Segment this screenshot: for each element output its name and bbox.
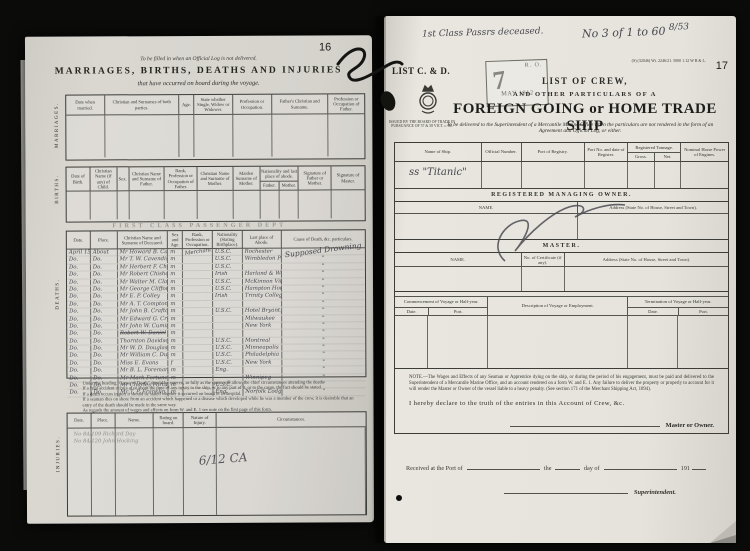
superintendent-blank <box>504 486 628 494</box>
death-rank <box>183 264 213 271</box>
death-abode <box>243 300 282 307</box>
death-place: Do. <box>91 331 118 338</box>
owner-address-label: Address (State No. of House, Street and … <box>578 202 728 213</box>
deaths-side-label: DEATHS. <box>55 264 60 324</box>
death-rank <box>184 352 214 359</box>
births-header-cell: Signature of Father or Mother. <box>299 166 332 190</box>
crew-form-box: Name of Ship. Official Number. Port of R… <box>394 142 729 434</box>
ship-value-row: ss "Titanic" <box>395 162 728 189</box>
injuries-pencil-note: No 84/120 John Hocking <box>74 438 139 445</box>
death-rank <box>183 338 213 345</box>
death-cause: " <box>282 337 365 344</box>
death-cause: " <box>282 315 365 322</box>
injuries-header-cell: Nature of Injury. <box>184 413 217 428</box>
death-date: Do. <box>67 353 91 360</box>
death-place: Do. <box>91 301 118 308</box>
death-rank <box>183 286 213 293</box>
death-sex: m <box>168 286 183 292</box>
death-date: Do. <box>67 272 91 279</box>
form-reference: (S) (32046) Wt. 2246/21. 5000 1.12 W B &… <box>632 58 706 63</box>
death-sex: m <box>169 330 184 336</box>
death-abode: McKinnon Villa <box>243 278 282 285</box>
right-page-number: 17 <box>716 60 728 72</box>
master-blank-row <box>395 267 728 292</box>
death-abode: New York <box>243 360 282 367</box>
voyage-description-header: Description of Voyage or Employment. <box>488 297 628 315</box>
death-name: Mr E. P. Colley <box>118 293 169 300</box>
death-cause: " <box>281 270 364 277</box>
death-date: Do. <box>67 316 91 323</box>
death-date: Do. <box>67 301 91 308</box>
ship-header-official-number: Official Number. <box>482 143 522 161</box>
received-year-blank <box>692 462 706 470</box>
death-rank <box>183 308 213 315</box>
received-month-blank <box>604 462 677 470</box>
death-sex: m <box>169 338 184 344</box>
injuries-header-cell: Place. <box>91 413 115 428</box>
ship-name-value: ss "Titanic" <box>395 162 482 188</box>
received-port-blank <box>467 462 540 470</box>
death-place: Do. <box>91 272 118 279</box>
received-the: the <box>544 465 552 472</box>
births-header-cell: Christian Name and Surname of Mother. <box>198 167 234 191</box>
death-cause: " <box>282 330 365 337</box>
death-cause: " <box>282 293 365 300</box>
ship-header-tonnage: Registered Tonnage. Gross. Net. <box>628 143 681 161</box>
marriages-header-cell: Age. <box>179 95 194 115</box>
left-page: 16 To be filled in when an Official Log … <box>25 35 374 524</box>
death-name: Mr Herbert F. Chaffee <box>118 264 169 271</box>
annotation-deceased: 1st Class Passrs deceased. <box>422 26 544 39</box>
death-place: Do. <box>91 264 118 271</box>
tonnage-gross: Gross. <box>628 153 655 161</box>
death-date: Do. <box>67 257 91 264</box>
death-sex: m <box>168 264 183 270</box>
scanned-document-photo: 16 To be filled in when an Official Log … <box>0 0 750 551</box>
annotation-fraction: 8/53 <box>669 22 690 33</box>
death-sex: m <box>168 256 183 262</box>
death-rank <box>183 323 213 330</box>
death-sex: m <box>168 323 183 329</box>
deaths-header-cell: Sex and Age. <box>168 231 183 249</box>
marriages-table: Date when married.Christian and Surnames… <box>65 93 365 160</box>
deaths-table: Date.Place.Christian Name and Surname of… <box>66 229 367 378</box>
marriages-header-cell: Christian and Surnames of both parties. <box>105 95 180 115</box>
death-name: Mr W. D. Douglas <box>118 345 169 352</box>
voyage-termination-header: Termination of Voyage or Half-year. Date… <box>628 297 728 315</box>
death-cause: " <box>282 300 365 307</box>
death-place: Do. <box>91 360 118 367</box>
owner-name-label: NAME. <box>395 202 578 213</box>
death-nationality: U.S.C. <box>213 360 243 367</box>
ship-table-header: Name of Ship. Official Number. Port of R… <box>395 143 728 162</box>
binding-gutter-shadow <box>372 16 386 543</box>
death-cause: " <box>282 352 365 359</box>
master-section-title: MASTER. <box>395 239 728 253</box>
death-nationality: U.S.C. <box>213 286 243 293</box>
death-abode: Wimbledon Park — <box>243 256 282 263</box>
death-rank <box>184 367 214 374</box>
voyage-commencement-header: Commencement of Voyage or Half-year. Dat… <box>395 297 488 315</box>
births-header-cell: Sex. <box>117 167 129 191</box>
marriages-header-cell: Profession or Occupation of Father. <box>328 94 364 114</box>
death-sex: m <box>169 345 184 351</box>
deaths-header-cell: Christian Name and Surname of Deceased. <box>117 231 168 250</box>
death-date: Do. <box>67 286 91 293</box>
death-name: Mr John B. Crafton <box>118 308 169 315</box>
ship-header-name: Name of Ship. <box>395 143 482 161</box>
births-nationality-header: Nationality and last place of abode. Fat… <box>260 167 299 191</box>
declaration-text: I hereby declare to the truth of the ent… <box>409 400 714 407</box>
death-place: Do. <box>91 257 118 264</box>
death-place: Do. <box>91 286 118 293</box>
death-name: Thornton Davidson <box>118 338 169 345</box>
marriages-side-label: MARRIAGES. <box>55 95 60 155</box>
death-name: Mr Robert Chisholm <box>118 271 169 278</box>
death-sex: m <box>169 367 184 373</box>
death-nationality <box>213 330 243 337</box>
death-nationality: U.S.C. <box>213 249 243 257</box>
marriages-header-cell: Date when married. <box>66 95 105 115</box>
death-rank <box>183 345 213 352</box>
death-abode: Hotel Bryant, N.Y. <box>243 308 282 315</box>
injuries-header-cell: Rating on board. <box>154 413 184 428</box>
death-date: Do. <box>67 323 91 330</box>
death-nationality <box>213 315 243 322</box>
death-sex: m <box>168 308 183 314</box>
death-date: Do. <box>67 309 91 316</box>
master-label-row: NAME. No. of Certificate (if any). Addre… <box>395 253 728 267</box>
death-rank <box>183 279 213 286</box>
death-rank <box>183 293 213 300</box>
death-rank <box>184 360 214 367</box>
received-day-of: day of <box>584 465 600 472</box>
ship-header-register: Port No. and date of Register. <box>585 143 628 161</box>
death-nationality: U.S.C. <box>213 264 243 271</box>
death-cause: " <box>281 263 364 270</box>
death-rank <box>183 330 213 337</box>
death-place: Do. <box>91 316 118 323</box>
death-cause: " <box>282 322 365 329</box>
death-cause: " <box>282 344 365 351</box>
death-cause: " <box>282 307 365 314</box>
births-header-cell: Date of Birth. <box>67 167 91 191</box>
voyage-date-label: Date. <box>395 308 429 315</box>
death-name: Miss E. Evans <box>118 360 169 367</box>
owner-label-row: NAME. Address (State No. of House, Stree… <box>395 202 728 214</box>
deaths-rows: April 15th About Mr Howard B. Case m Mer… <box>67 248 366 397</box>
marriages-header-cell: State whether Single, Widow or Widower. <box>194 95 233 115</box>
death-abode: Trinity College, Dublin <box>243 293 282 300</box>
left-page-title: MARRIAGES, BIRTHS, DEATHS AND INJURIES <box>25 65 372 77</box>
death-rank: Merchant <box>183 249 213 257</box>
marriages-header-cell: Profession or Occupation. <box>233 95 272 115</box>
injuries-pencil-note: No 84/109 Richard Day <box>74 431 139 438</box>
death-nationality: U.S.C. <box>213 278 243 285</box>
injuries-header-cell: Circumstances. <box>217 412 366 428</box>
death-sex: m <box>168 271 183 277</box>
death-rank <box>183 256 213 263</box>
births-header-cell: Christian Name and Surname of Father. <box>129 167 165 191</box>
right-page: 1st Class Passrs deceased. No 3 of 1 to … <box>384 16 736 543</box>
death-date: April 15th <box>67 249 91 257</box>
death-nationality: Irish <box>213 293 243 300</box>
deaths-header-cell: Rank, Profession or Occupation. <box>183 231 213 249</box>
tonnage-net: Net. <box>655 153 681 161</box>
death-cause: " <box>282 359 365 366</box>
death-date: Do. <box>67 368 91 375</box>
death-abode: Montreal <box>243 337 282 344</box>
voyage-empty-body <box>395 316 728 369</box>
death-date: Do. <box>67 338 91 345</box>
death-name: Robert W. Daniel <box>118 330 169 337</box>
death-date: Do. <box>67 360 91 367</box>
death-place: About <box>91 249 118 257</box>
death-sex: f <box>169 360 184 366</box>
signature-line-row: Master or Owner. <box>409 419 714 429</box>
death-date: Do. <box>67 279 91 286</box>
death-abode: Minneapolis <box>243 345 282 352</box>
death-sex: m <box>168 301 183 307</box>
received-year: 191 <box>681 465 690 472</box>
death-place: Do. <box>91 279 118 286</box>
death-place: Do. <box>91 294 118 301</box>
death-name: Mr Walter M. Clark <box>118 279 169 286</box>
ship-header-horse-power: Nominal Horse Power of Engines. <box>681 143 728 161</box>
master-or-owner-label: Master or Owner. <box>666 422 714 429</box>
fill-in-instruction: To be filled in when an Official Log is … <box>25 56 372 63</box>
master-address-label: Address (State No. of House, Street and … <box>565 253 728 266</box>
note-area: NOTE.—The Wages and Effects of any Seama… <box>395 369 728 429</box>
death-abode <box>243 367 282 374</box>
voyage-table-header: Commencement of Voyage or Half-year. Dat… <box>395 296 728 316</box>
death-name: Mr George Clifford <box>118 286 169 293</box>
death-sex: m <box>168 316 183 322</box>
annotation-number: No 3 of 1 to 60 8/53 <box>582 22 690 40</box>
owner-section-title: REGISTERED MANAGING OWNER. <box>395 189 728 202</box>
deaths-header-cell: Place. <box>91 231 118 249</box>
death-nationality <box>213 323 243 330</box>
board-of-trade-crest-icon <box>414 82 442 118</box>
deaths-header-cell: Nationality (Stating Birthplace). <box>213 231 243 249</box>
deaths-header-cell: Last place of Abode. <box>243 231 282 249</box>
injuries-side-label: INJURIES. <box>56 424 61 484</box>
wages-note: NOTE.—The Wages and Effects of any Seama… <box>409 375 714 392</box>
death-abode <box>243 330 282 337</box>
death-nationality: U.S.C. <box>213 352 243 359</box>
death-abode <box>243 263 282 270</box>
death-abode: Milwaukee <box>243 315 282 322</box>
death-sex: m <box>168 279 183 285</box>
deaths-footnotes: Under the heading "Cause of Death" shoul… <box>82 379 361 413</box>
delivery-instruction: To be delivered to the Superintendent of… <box>439 122 721 135</box>
death-place: Do. <box>91 308 118 315</box>
death-sex: m <box>169 353 184 359</box>
punch-hole <box>396 495 402 501</box>
death-place: Do. <box>91 345 118 352</box>
death-name: Mr A. T. Compton <box>118 301 169 308</box>
death-sex: m <box>168 249 183 256</box>
death-nationality: U.S.C. <box>213 345 243 352</box>
death-abode: Philadelphia <box>243 352 282 359</box>
list-cd-label: LIST C. & D. <box>392 66 450 76</box>
signature-line <box>510 419 660 427</box>
death-nationality: U.S.C. <box>213 308 243 315</box>
births-header-cell: Rank, Profession or Occupation of Father… <box>165 167 198 191</box>
death-date: Do. <box>67 264 91 271</box>
death-cause: " <box>282 285 365 292</box>
death-nationality: Eng. <box>213 367 243 374</box>
death-rank <box>183 271 213 278</box>
death-nationality: Irish <box>213 271 243 278</box>
deaths-header-cell: Date. <box>67 231 91 249</box>
births-table: Date of Birth. Christian Name (if any) o… <box>66 165 366 222</box>
marriages-empty-body <box>66 114 364 157</box>
superintendent-line: Superintendent. <box>504 486 676 496</box>
master-cert-label: No. of Certificate (if any). <box>522 253 565 266</box>
title-other-particulars: AND OTHER PARTICULARS OF A <box>454 91 716 98</box>
births-sub-mother: Mother. <box>280 182 298 190</box>
marriages-header-cell: Father's Christian and Surname. <box>272 94 329 114</box>
voyage-port-label: Port. <box>679 308 728 315</box>
death-place: Do. <box>91 353 118 360</box>
death-sex: m <box>168 293 183 299</box>
births-empty-body <box>67 190 365 219</box>
death-date: Do. <box>67 331 91 338</box>
death-date: Do. <box>67 294 91 301</box>
death-abode: New York <box>243 323 282 330</box>
death-name: Mr William C. Dulles <box>118 353 169 360</box>
left-page-subtitle: that have occurred on board during the v… <box>25 79 372 88</box>
superintendent-label: Superintendent. <box>634 489 676 496</box>
received-prefix: Received at the Port of <box>406 465 463 472</box>
death-date: Do. <box>67 346 91 353</box>
ship-header-port: Port of Registry. <box>522 143 585 161</box>
received-line: Received at the Port of the day of 191 <box>406 462 706 472</box>
left-page-number: 16 <box>319 41 331 53</box>
death-cause: " <box>282 367 365 374</box>
death-place: Do. <box>91 323 118 330</box>
received-day-blank <box>555 462 579 470</box>
death-abode: Harland & Wolff, Belfast <box>243 271 282 278</box>
death-place: Do. <box>91 338 118 345</box>
death-nationality: U.S.C. <box>213 256 243 263</box>
death-rank <box>183 301 213 308</box>
births-header-cell: Christian Name (if any) of Child. <box>90 167 117 191</box>
death-cause: " <box>282 278 365 285</box>
death-nationality <box>213 301 243 308</box>
injuries-body: No 84/109 Richard DayNo 84/120 John Hock… <box>68 427 366 515</box>
death-nationality: U.S.C. <box>213 337 243 344</box>
death-name: Mr T. W. Cavendish <box>118 257 169 264</box>
births-header-cell: Signature of Master. <box>332 166 365 190</box>
death-name: Mr B. L. Foreman <box>118 367 169 374</box>
births-sub-father: Father. <box>260 182 279 190</box>
injuries-table: Date.Place.Name.Rating on board.Nature o… <box>67 411 367 516</box>
voyage-date-label: Date. <box>628 308 679 315</box>
death-name: Mr Edward G. Crosby <box>118 316 169 323</box>
folded-corner <box>710 521 736 543</box>
owner-blank-row <box>395 214 728 239</box>
births-header-cell: Maiden Surname of Mother. <box>233 167 260 191</box>
title-list-of-crew: LIST OF CREW, <box>454 76 716 86</box>
injuries-header-cell: Name. <box>115 413 154 428</box>
death-rank <box>183 315 213 322</box>
death-place: Do. <box>91 368 118 375</box>
death-abode: Hampton House, Charlesgate, Boston <box>243 286 282 293</box>
death-name: Mr John W. Cumings <box>118 323 169 330</box>
births-side-label: BIRTHS. <box>55 159 60 219</box>
voyage-port-label: Port. <box>429 308 487 315</box>
injuries-header-cell: Date. <box>68 413 92 428</box>
master-name-label: NAME. <box>395 253 522 266</box>
